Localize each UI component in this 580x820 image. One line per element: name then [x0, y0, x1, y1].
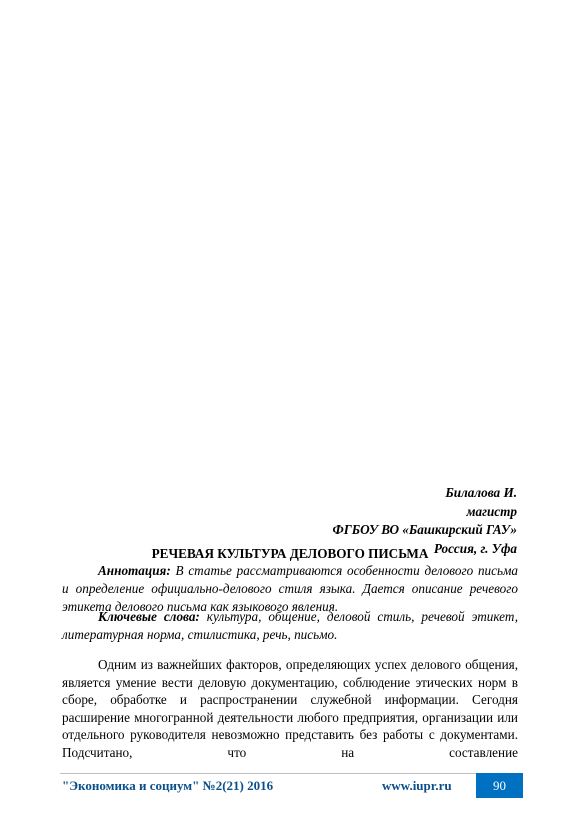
author-degree: магистр	[333, 503, 517, 522]
keywords: Ключевые слова: культура, общение, делов…	[62, 608, 518, 644]
footer-divider	[60, 773, 522, 774]
body-text: Одним из важнейших факторов, определяющи…	[62, 656, 518, 762]
author-name: Билалова И.	[333, 484, 517, 503]
page-number: 90	[476, 773, 523, 798]
article-title: РЕЧЕВАЯ КУЛЬТУРА ДЕЛОВОГО ПИСЬМА	[62, 545, 518, 563]
footer-url[interactable]: www.iupr.ru	[382, 778, 452, 794]
body-paragraph: Одним из важнейших факторов, определяющи…	[62, 656, 518, 762]
keywords-label: Ключевые слова:	[98, 609, 200, 624]
author-organization: ФГБОУ ВО «Башкирский ГАУ»	[333, 521, 517, 540]
abstract-label: Аннотация:	[98, 563, 171, 578]
footer-journal: "Экономика и социум" №2(21) 2016	[62, 778, 273, 794]
